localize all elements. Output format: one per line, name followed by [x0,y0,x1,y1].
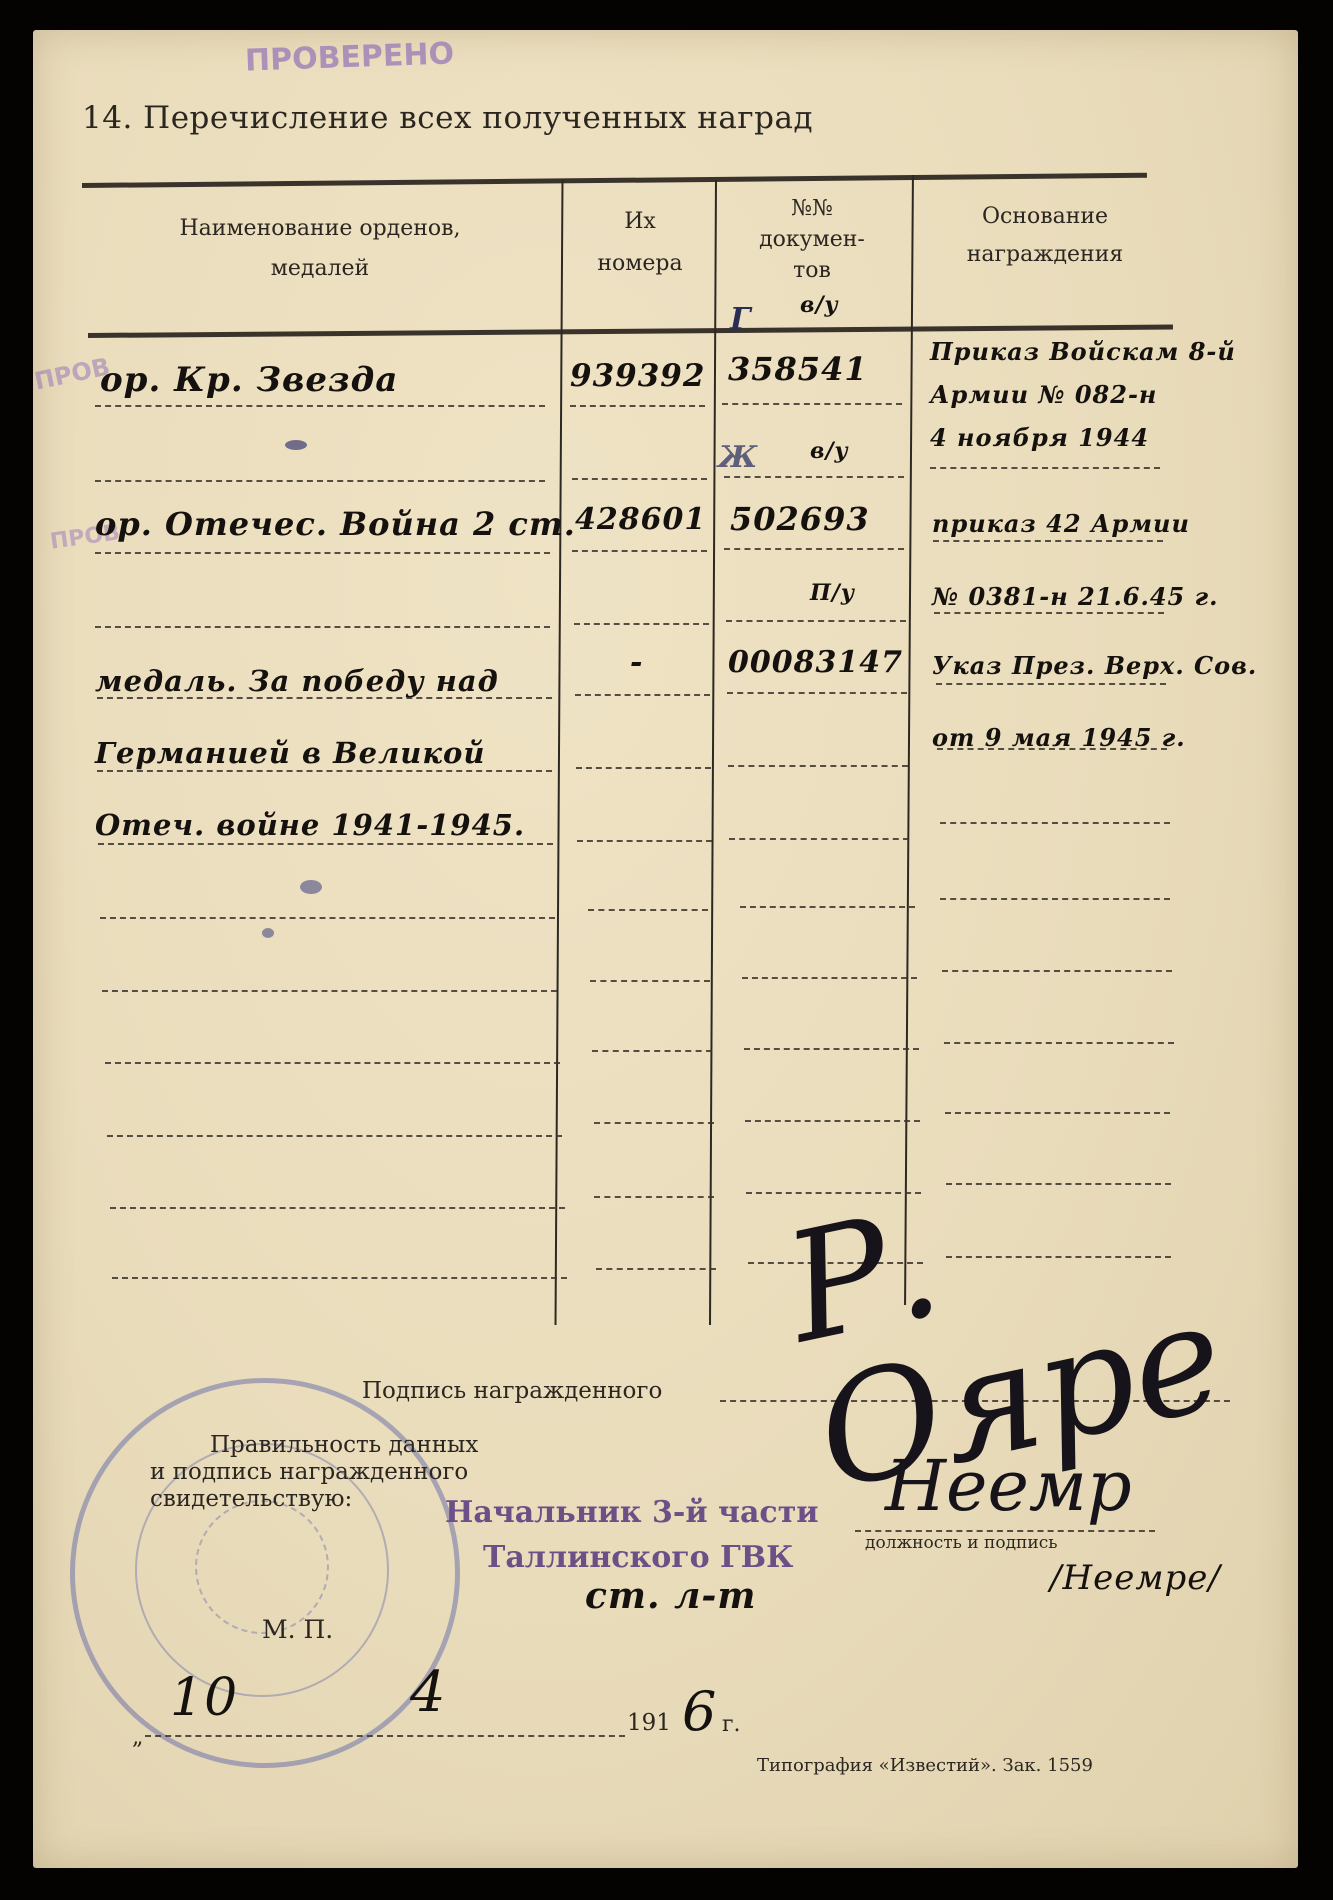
row-line [572,478,707,480]
row-line [594,1196,714,1198]
award-line: Германией в Великой [95,717,525,789]
row-line [572,550,707,552]
date-suffix: г. [722,1712,741,1737]
column-header-basis: Основание награждения [925,200,1165,272]
award-number: - [630,645,643,680]
recipient-signature-label: Подпись награжденного [362,1378,662,1404]
award-basis: приказ 42 Армии № 0381-н 21.6.45 г. [932,487,1218,633]
award-basis: Приказ Войскам 8-й Армии № 082-н 4 ноябр… [930,330,1236,459]
date-line [145,1735,625,1737]
header-line: Их [570,205,710,239]
date-open-quote: „ [132,1725,143,1750]
official-rank: ст. л-т [585,1575,756,1617]
row-line [107,1135,562,1137]
basis-line: Приказ Войскам 8-й [930,330,1236,373]
header-line: Наименование орденов, [100,212,540,246]
row-line [744,1048,919,1050]
row-line [745,1120,920,1122]
header-line: медалей [100,252,540,286]
certify-line: свидетельствую: [150,1486,478,1513]
award-name: ор. Кр. Звезда [100,360,398,400]
header-line: докумен- [722,224,902,255]
row-line [942,970,1172,972]
row-line [945,1112,1170,1114]
ink-blot [262,928,274,938]
column-header-award-name: Наименование орденов, медалей [100,212,540,286]
row-line [95,552,550,554]
basis-line: приказ 42 Армии [932,487,1218,560]
ink-blot [285,440,307,450]
certify-line: Правильность данных [150,1432,478,1459]
header-annotation: в/у [800,292,839,318]
verified-stamp: ПРОВЕРЕНО [244,36,454,78]
official-position-stamp: Начальник 3-й части Таллинского ГВК [445,1490,819,1580]
award-line: Отеч. войне 1941-1945. [95,789,525,861]
basis-line: № 0381-н 21.6.45 г. [932,560,1218,633]
row-line [574,623,709,625]
row-line [100,917,555,919]
document-number: 358541 [728,350,868,388]
row-line [930,467,1160,469]
row-line [112,1277,567,1279]
award-number: 428601 [575,502,706,537]
seal-place-label: М. П. [262,1615,333,1644]
row-line [570,405,705,407]
basis-line: Армии № 082-н [930,373,1236,416]
document-series: Ж [718,440,758,475]
award-basis: Указ През. Верх. Сов. от 9 мая 1945 г. [932,630,1257,774]
row-line [727,692,907,694]
printer-imprint: Типография «Известий». Зак. 1559 [757,1755,1093,1776]
date-month: 4 [410,1660,447,1725]
stamp-line: Начальник 3-й части [445,1490,819,1535]
row-line [722,403,902,405]
row-line [742,977,917,979]
official-signature: Неемр [885,1445,1132,1527]
column-header-numbers: Их номера [570,205,710,281]
header-line: №№ [722,193,902,224]
award-name: ор. Отечес. Война 2 ст. [95,505,576,543]
position-signature-line [855,1530,1155,1532]
basis-line: 4 ноября 1944 [930,416,1236,459]
row-line [105,1062,560,1064]
document-number: 502693 [730,500,870,538]
header-line: Основание [925,200,1165,234]
header-line: тов [722,255,902,286]
row-line [940,898,1170,900]
row-line [594,1122,714,1124]
row-line [724,476,904,478]
ink-blot [300,880,322,894]
soviet-emblem-icon [195,1500,329,1634]
row-line [575,694,710,696]
document-prefix: П/у [810,580,855,606]
row-line [724,548,904,550]
date-day: 10 [170,1668,238,1728]
award-name: медаль. За победу над Германией в Велико… [95,645,525,861]
column-header-documents: №№ докумен- тов [722,193,902,286]
section-title: 14. Перечисление всех полученных наград [82,100,813,136]
document-number: 00083147 [728,645,903,680]
row-line [728,765,908,767]
position-label: должность и подпись [865,1533,1058,1553]
row-line [577,840,712,842]
row-line [940,822,1170,824]
row-line [576,767,711,769]
row-line [726,620,906,622]
certification-text: Правильность данных и подпись награжденн… [150,1432,478,1513]
row-line [110,1207,565,1209]
date-year-written: 6 [682,1680,717,1743]
row-line [95,405,545,407]
row-line [729,838,909,840]
basis-line: от 9 мая 1945 г. [932,702,1257,774]
stamp-line: Таллинского ГВК [445,1535,819,1580]
row-line [596,1268,716,1270]
certify-line: и подпись награжденного [150,1459,478,1486]
row-line [588,909,708,911]
award-line: медаль. За победу над [95,645,525,717]
date-year-prefix: 191 [627,1710,671,1736]
header-line: номера [570,247,710,281]
row-line [590,980,710,982]
row-line [95,480,545,482]
header-line: награждения [925,238,1165,272]
document-prefix: в/у [810,438,849,464]
row-line [592,1050,712,1052]
row-line [102,990,557,992]
row-line [944,1042,1174,1044]
official-name: /Неемре/ [1050,1558,1221,1598]
document-series: Г [730,302,752,337]
basis-line: Указ През. Верх. Сов. [932,630,1257,702]
award-number: 939392 [570,358,705,394]
row-line [95,626,550,628]
row-line [740,906,915,908]
